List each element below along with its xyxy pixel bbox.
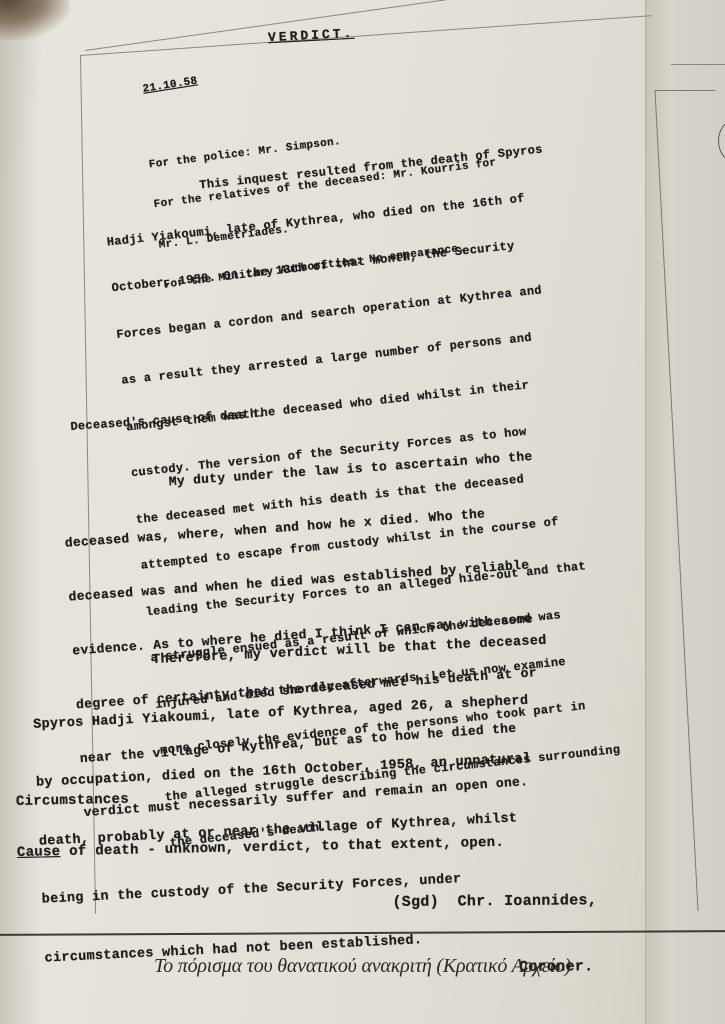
inserted-word: Circumstances [16,784,504,811]
struck-word: Cause [17,844,61,861]
text-line: deceased was, where, when and how he x d… [64,502,537,553]
signature-block: (Sgd) Chr. Ioannides, Coroner. [392,846,598,1024]
figure-caption: Το πόρισμα του θανατικού ανακριτή (Κρατι… [0,955,725,978]
facing-page-stamp-icon [718,120,725,162]
facing-page-rule [671,64,725,65]
text-line: Therefore, my verdict will be that the d… [30,632,547,677]
text-line: Spyros Hadji Yiakoumi, late of Kythrea, … [33,690,550,735]
corner-shadow [0,0,70,40]
text-line: My duty under the law is to ascertain wh… [61,448,534,499]
signature-name: (Sgd) Chr. Ioannides, [392,890,597,914]
book-page-background: VERDICT. 21.10.58 . For the police: Mr. … [0,0,725,1024]
